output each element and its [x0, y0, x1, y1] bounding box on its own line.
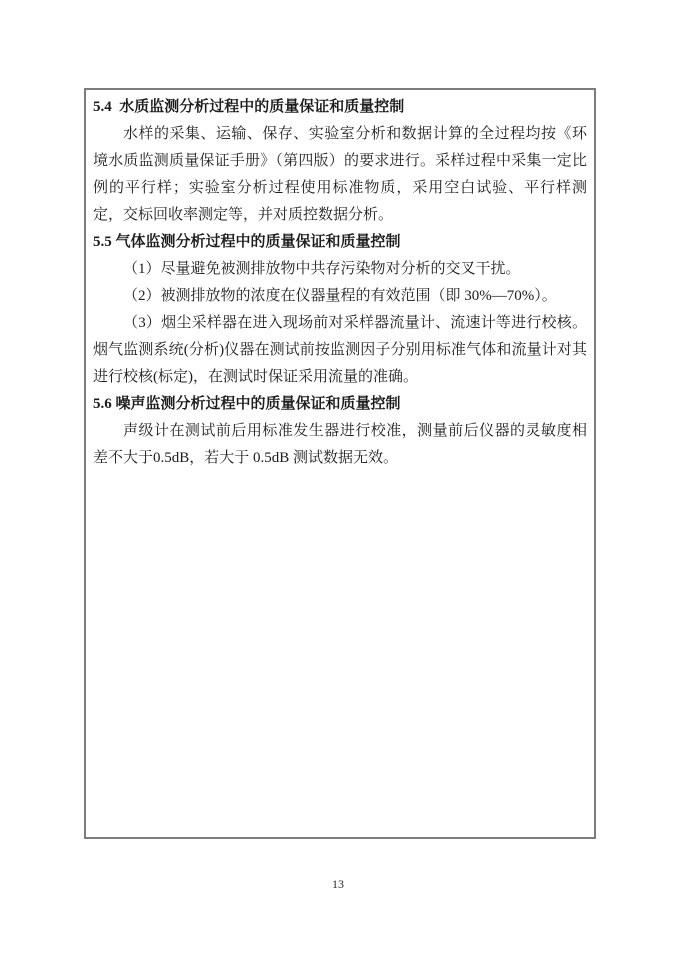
section-heading-5-6: 5.6 噪声监测分析过程中的质量保证和质量控制: [93, 391, 587, 418]
section-5-5-item-3: （3）烟尘采样器在进入现场前对采样器流量计、流速计等进行校核。烟气监测系统(分析…: [93, 310, 587, 391]
section-heading-5-5: 5.5 气体监测分析过程中的质量保证和质量控制: [93, 229, 587, 256]
section-5-5-item-2: （2）被测排放物的浓度在仪器量程的有效范围（即 30%—70%）。: [93, 283, 587, 310]
section-5-4-paragraph: 水样的采集、运输、保存、实验室分析和数据计算的全过程均按《环境水质监测质量保证手…: [93, 121, 587, 229]
document-page: 5.4 水质监测分析过程中的质量保证和质量控制 水样的采集、运输、保存、实验室分…: [0, 0, 676, 955]
section-5-6-paragraph: 声级计在测试前后用标准发生器进行校准，测量前后仪器的灵敏度相差不大于0.5dB，…: [93, 418, 587, 472]
section-heading-5-4: 5.4 水质监测分析过程中的质量保证和质量控制: [93, 94, 587, 121]
content-border-box: 5.4 水质监测分析过程中的质量保证和质量控制 水样的采集、运输、保存、实验室分…: [84, 88, 596, 839]
section-5-5-item-1: （1）尽量避免被测排放物中共存污染物对分析的交叉干扰。: [93, 256, 587, 283]
page-number: 13: [0, 876, 676, 892]
